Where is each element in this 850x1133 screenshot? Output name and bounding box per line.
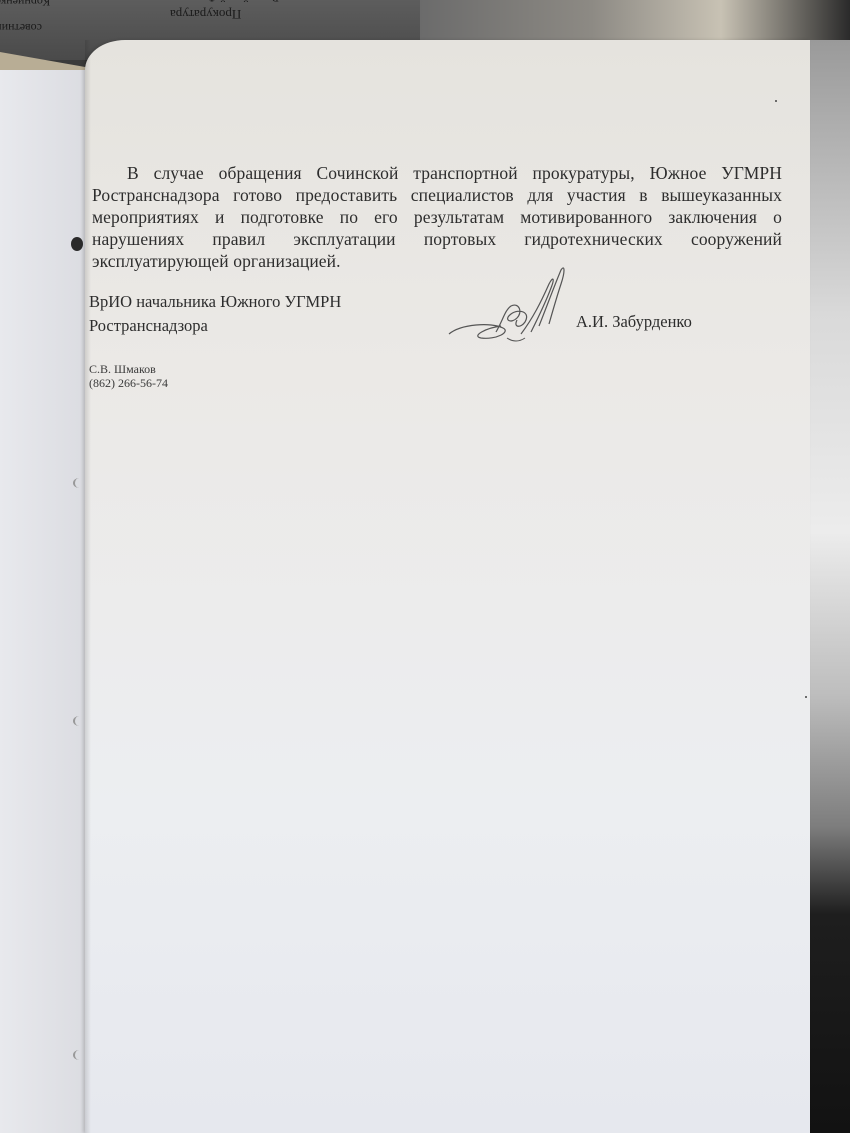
punch-hole (71, 237, 83, 251)
executor-phone: (862) 266-56-74 (89, 376, 168, 390)
background-text: Прокуратура (170, 6, 241, 22)
signatory-title-line1: ВрИО начальника Южного УГМРН (89, 290, 341, 314)
body-paragraph: В случае обращения Сочинской транспортно… (92, 162, 782, 272)
background-text: Российской Федерации (160, 0, 279, 5)
signatory-name: А.И. Забурденко (576, 312, 692, 332)
background-text: Корниенко (0, 0, 50, 9)
executor-name: С.В. Шмаков (89, 362, 168, 376)
punch-hole-torn (73, 716, 85, 726)
signatory-title-line2: Ространснадзора (89, 314, 341, 338)
executor-info: С.В. Шмаков (862) 266-56-74 (89, 362, 168, 390)
document-content: В случае обращения Сочинской транспортно… (85, 40, 810, 1133)
background-text: советнику (0, 20, 42, 35)
background-clutter (420, 0, 850, 40)
document-page: В случае обращения Сочинской транспортно… (85, 40, 810, 1133)
signatory-title: ВрИО начальника Южного УГМРН Ространснад… (89, 290, 341, 338)
punch-hole-torn (73, 478, 85, 488)
handwritten-signature (441, 262, 581, 344)
punch-hole-torn (73, 1050, 85, 1060)
